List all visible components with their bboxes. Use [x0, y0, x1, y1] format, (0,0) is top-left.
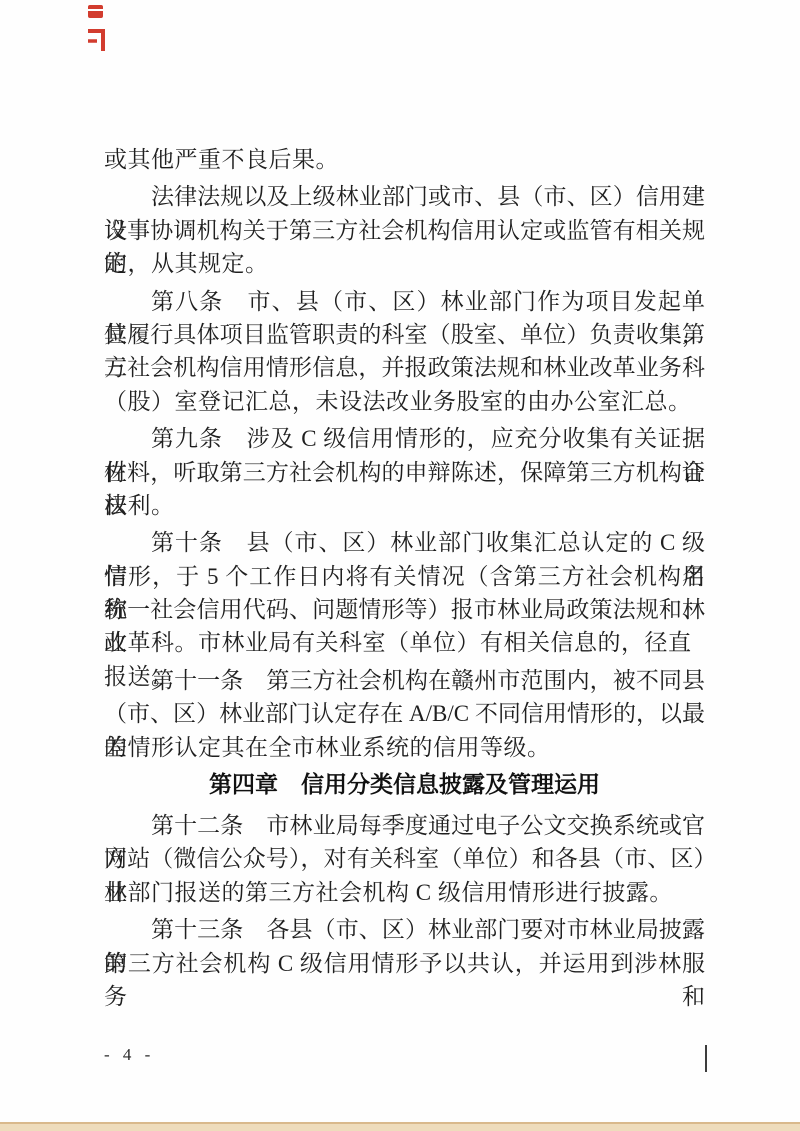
body-line: 第十一条 第三方社会机构在赣州市范围内，被不同县 [104, 664, 705, 697]
body-line: 第三方社会机构 C 级信用情形予以共认，并运用到涉林服务和 [104, 947, 705, 980]
body-line: 的情形认定其在全市林业系统的信用等级。 [104, 731, 705, 764]
body-line: 第十二条 市林业局每季度通过电子公文交换系统或官方 [104, 809, 705, 842]
body-line: （市、区）林业部门认定存在 A/B/C 不同信用情形的，以最差 [104, 697, 705, 730]
scan-bottom-edge [0, 1122, 800, 1131]
body-line: 议事协调机构关于第三方社会机构信用认定或监管有相关规定 [104, 214, 705, 247]
body-line: 的，从其规定。 [104, 247, 705, 280]
scanned-document-page: 或其他严重不良后果。 法律法规以及上级林业部门或市、县（市、区）信用建设 议事协… [0, 0, 800, 1131]
body-line: 其履行具体项目监管职责的科室（股室、单位）负责收集第三 [104, 318, 705, 351]
body-line: 统一社会信用代码、问题情形等）报市林业局政策法规和林业 [104, 593, 705, 626]
body-line: 业部门报送的第三方社会机构 C 级信用情形进行披露。 [104, 876, 705, 909]
body-line: 网站（微信公众号），对有关科室（单位）和各县（市、区）林 [104, 842, 705, 875]
page-number: - 4 - [104, 1045, 152, 1065]
body-line: 情形，于 5 个工作日内将有关情况（含第三方社会机构名称、 [104, 560, 705, 593]
body-line: 方社会机构信用情形信息，并报政策法规和林业改革业务科 [104, 351, 705, 384]
body-line: 材料，听取第三方社会机构的申辩陈述，保障第三方机构合法 [104, 456, 705, 489]
body-line: 第十三条 各县（市、区）林业部门要对市林业局披露的 [104, 913, 705, 946]
scan-edge-mark [705, 1045, 707, 1072]
document-body: 或其他严重不良后果。 法律法规以及上级林业部门或市、县（市、区）信用建设 议事协… [104, 143, 705, 980]
body-line: 第九条 涉及 C 级信用情形的，应充分收集有关证据佐证 [104, 422, 705, 455]
body-line: （股）室登记汇总，未设法改业务股室的由办公室汇总。 [104, 385, 705, 418]
red-stamp-fragment-icon [86, 27, 107, 53]
body-line: 第十条 县（市、区）林业部门收集汇总认定的 C 级信用 [104, 526, 705, 559]
body-line: 权利。 [104, 489, 705, 522]
body-line: 第八条 市、县（市、区）林业部门作为项目发起单位， [104, 285, 705, 318]
chapter-heading: 第四章 信用分类信息披露及管理运用 [104, 768, 705, 801]
red-stamp-fragment-icon [88, 5, 103, 18]
body-line: 或其他严重不良后果。 [104, 143, 705, 176]
body-line: 改革科。市林业局有关科室（单位）有相关信息的，径直报送。 [104, 626, 705, 659]
body-line: 法律法规以及上级林业部门或市、县（市、区）信用建设 [104, 180, 705, 213]
